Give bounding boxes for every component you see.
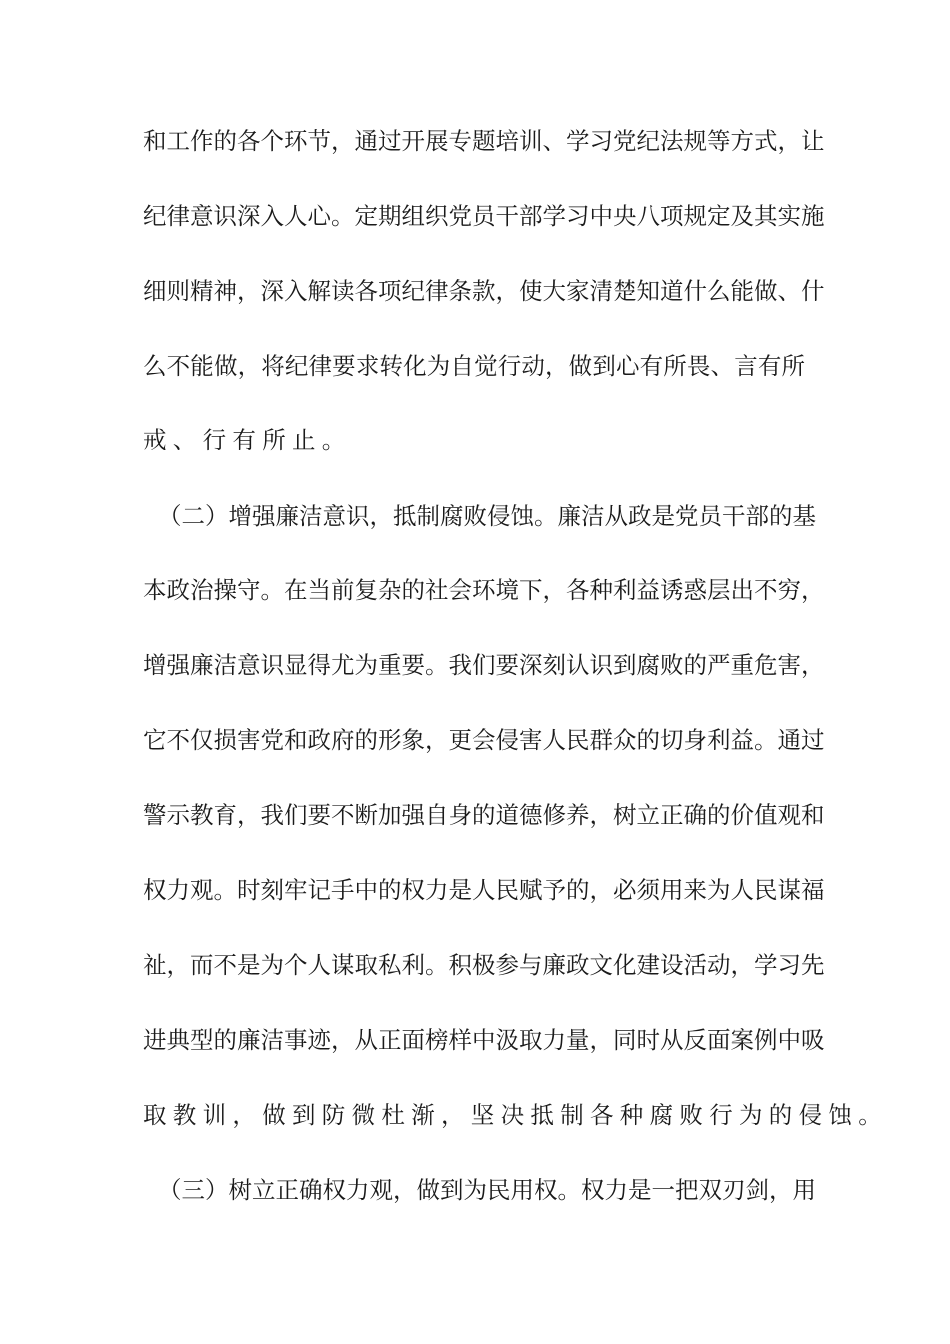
paragraph-line: 增强廉洁意识显得尤为重要。我们要深刻认识到腐败的严重危害， <box>143 645 805 685</box>
paragraph-line: 纪律意识深入人心。定期组织党员干部学习中央八项规定及其实施 <box>143 196 805 236</box>
paragraph-line: 警示教育，我们要不断加强自身的道德修养，树立正确的价值观和 <box>143 795 805 835</box>
document-page: 和工作的各个环节，通过开展专题培训、学习党纪法规等方式，让 纪律意识深入人心。定… <box>0 0 950 1344</box>
paragraph-line: 取教训，做到防微杜渐，坚决抵制各种腐败行为的侵蚀。 <box>143 1095 823 1135</box>
paragraph-line: 戒、行有所止。 <box>143 420 823 460</box>
paragraph-line: 细则精神，深入解读各项纪律条款，使大家清楚知道什么能做、什 <box>143 271 805 311</box>
paragraph-line: 么不能做，将纪律要求转化为自觉行动，做到心有所畏、言有所 <box>143 346 805 386</box>
paragraph-line: 进典型的廉洁事迹，从正面榜样中汲取力量，同时从反面案例中吸 <box>143 1020 805 1060</box>
paragraph-line: 和工作的各个环节，通过开展专题培训、学习党纪法规等方式，让 <box>143 121 805 161</box>
paragraph-line: 它不仅损害党和政府的形象，更会侵害人民群众的切身利益。通过 <box>143 720 805 760</box>
paragraph-line: 权力观。时刻牢记手中的权力是人民赋予的，必须用来为人民谋福 <box>143 870 805 910</box>
paragraph-line: 本政治操守。在当前复杂的社会环境下，各种利益诱惑层出不穷， <box>143 570 805 610</box>
section-heading-line: （二）增强廉洁意识，抵制腐败侵蚀。廉洁从政是党员干部的基 <box>158 496 805 536</box>
paragraph-line: 祉，而不是为个人谋取私利。积极参与廉政文化建设活动，学习先 <box>143 945 805 985</box>
section-heading-line: （三）树立正确权力观，做到为民用权。权力是一把双刃剑，用 <box>158 1170 805 1210</box>
